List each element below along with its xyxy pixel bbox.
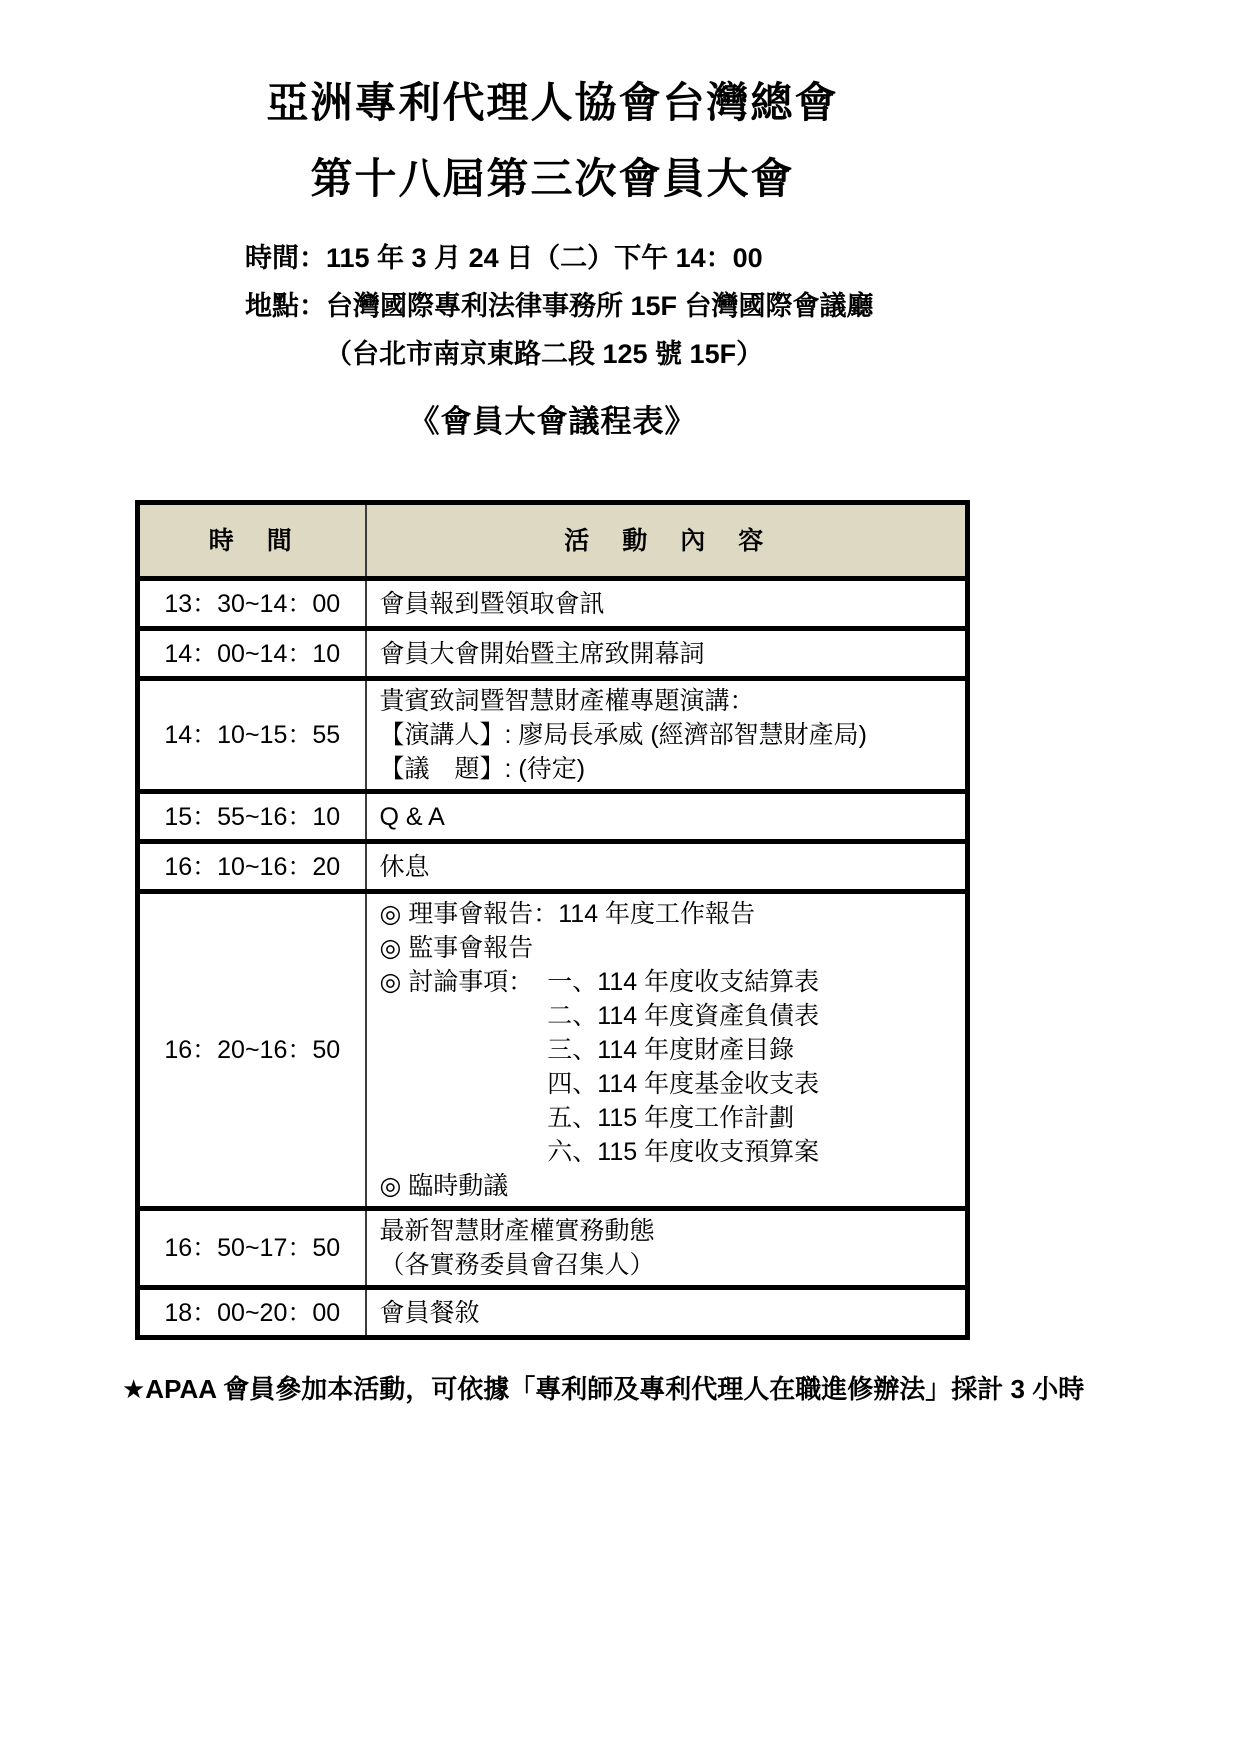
time-cell: 14：00~14：10 xyxy=(138,629,366,679)
activity-cell: ◎ 理事會報告：114 年度工作報告 ◎ 監事會報告 ◎ 討論事項： 一、114… xyxy=(366,892,968,1209)
activity-cell: Q & A xyxy=(366,792,968,842)
activity-cell: 最新智慧財產權實務動態 （各實務委員會召集人） xyxy=(366,1209,968,1288)
agenda-row: 16：10~16：20 休息 xyxy=(138,842,968,892)
discussion-item: 六、115 年度收支預算案 xyxy=(547,1135,819,1169)
document-page: 亞洲專利代理人協會台灣總會 第十八屆第三次會員大會 時間：115 年 3 月 2… xyxy=(0,0,1241,1754)
discussion-item: 一、114 年度收支結算表 xyxy=(547,965,819,999)
time-cell: 16：50~17：50 xyxy=(138,1209,366,1288)
time-cell: 16：20~16：50 xyxy=(138,892,366,1209)
column-header-content: 活 動 內 容 xyxy=(366,503,968,579)
activity-cell: 貴賓致詞暨智慧財產權專題演講： 【演講人】: 廖局長承威 (經濟部智慧財產局) … xyxy=(366,679,968,792)
time-cell: 18：00~20：00 xyxy=(138,1288,366,1338)
activity-line: （各實務委員會召集人） xyxy=(380,1248,956,1282)
agenda-row: 15：55~16：10 Q & A xyxy=(138,792,968,842)
agenda-header-row: 時 間 活 動 內 容 xyxy=(138,503,968,579)
activity-cell: 會員大會開始暨主席致開幕詞 xyxy=(366,629,968,679)
discussion-block: ◎ 討論事項： 一、114 年度收支結算表 二、114 年度資產負債表 三、11… xyxy=(380,965,956,1169)
agenda-heading: 《會員大會議程表》 xyxy=(135,404,970,440)
activity-cell: 會員報到暨領取會訊 xyxy=(366,579,968,629)
meeting-address-line: （台北市南京東路二段 125 號 15F） xyxy=(245,330,970,378)
bullet-item: ◎ 理事會報告：114 年度工作報告 xyxy=(380,897,956,931)
discussion-items: 一、114 年度收支結算表 二、114 年度資產負債表 三、114 年度財產目錄… xyxy=(547,965,819,1169)
footnote: ★APAA 會員參加本活動，可依據「專利師及專利代理人在職進修辦法」採計 3 小… xyxy=(122,1372,1241,1406)
agenda-row: 14：00~14：10 會員大會開始暨主席致開幕詞 xyxy=(138,629,968,679)
meeting-location-line: 地點：台灣國際專利法律事務所 15F 台灣國際會議廳 xyxy=(245,282,970,330)
activity-cell: 會員餐敘 xyxy=(366,1288,968,1338)
column-header-time: 時 間 xyxy=(138,503,366,579)
discussion-item: 三、114 年度財產目錄 xyxy=(547,1033,819,1067)
activity-line: 最新智慧財產權實務動態 xyxy=(380,1214,956,1248)
footnote-wrap: ★APAA 會員參加本活動，可依據「專利師及專利代理人在職進修辦法」採計 3 小… xyxy=(122,1372,1241,1406)
discussion-item: 五、115 年度工作計劃 xyxy=(547,1101,819,1135)
document-title-line2: 第十八屆第三次會員大會 xyxy=(135,152,970,206)
agenda-row: 13：30~14：00 會員報到暨領取會訊 xyxy=(138,579,968,629)
bullet-item: ◎ 監事會報告 xyxy=(380,931,956,965)
agenda-table: 時 間 活 動 內 容 13：30~14：00 會員報到暨領取會訊 14：00~… xyxy=(135,500,970,1340)
meeting-info-block: 時間：115 年 3 月 24 日（二）下午 14：00 地點：台灣國際專利法律… xyxy=(135,234,970,378)
agenda-row: 18：00~20：00 會員餐敘 xyxy=(138,1288,968,1338)
document-content: 亞洲專利代理人協會台灣總會 第十八屆第三次會員大會 時間：115 年 3 月 2… xyxy=(135,0,970,1340)
time-cell: 13：30~14：00 xyxy=(138,579,366,629)
discussion-label: ◎ 討論事項： xyxy=(380,965,534,999)
time-cell: 15：55~16：10 xyxy=(138,792,366,842)
discussion-item: 二、114 年度資產負債表 xyxy=(547,999,819,1033)
agenda-row: 16：50~17：50 最新智慧財產權實務動態 （各實務委員會召集人） xyxy=(138,1209,968,1288)
agenda-row: 16：20~16：50 ◎ 理事會報告：114 年度工作報告 ◎ 監事會報告 ◎… xyxy=(138,892,968,1209)
discussion-item: 四、114 年度基金收支表 xyxy=(547,1067,819,1101)
time-cell: 16：10~16：20 xyxy=(138,842,366,892)
time-cell: 14：10~15：55 xyxy=(138,679,366,792)
activity-line: 貴賓致詞暨智慧財產權專題演講： xyxy=(380,684,956,718)
meeting-time-line: 時間：115 年 3 月 24 日（二）下午 14：00 xyxy=(245,234,970,282)
activity-cell: 休息 xyxy=(366,842,968,892)
document-title-line1: 亞洲專利代理人協會台灣總會 xyxy=(135,76,970,130)
activity-line: 【演講人】: 廖局長承威 (經濟部智慧財產局) xyxy=(380,718,956,752)
activity-line: 【議 題】: (待定) xyxy=(380,752,956,786)
bullet-item: ◎ 臨時動議 xyxy=(380,1169,956,1203)
agenda-row: 14：10~15：55 貴賓致詞暨智慧財產權專題演講： 【演講人】: 廖局長承威… xyxy=(138,679,968,792)
